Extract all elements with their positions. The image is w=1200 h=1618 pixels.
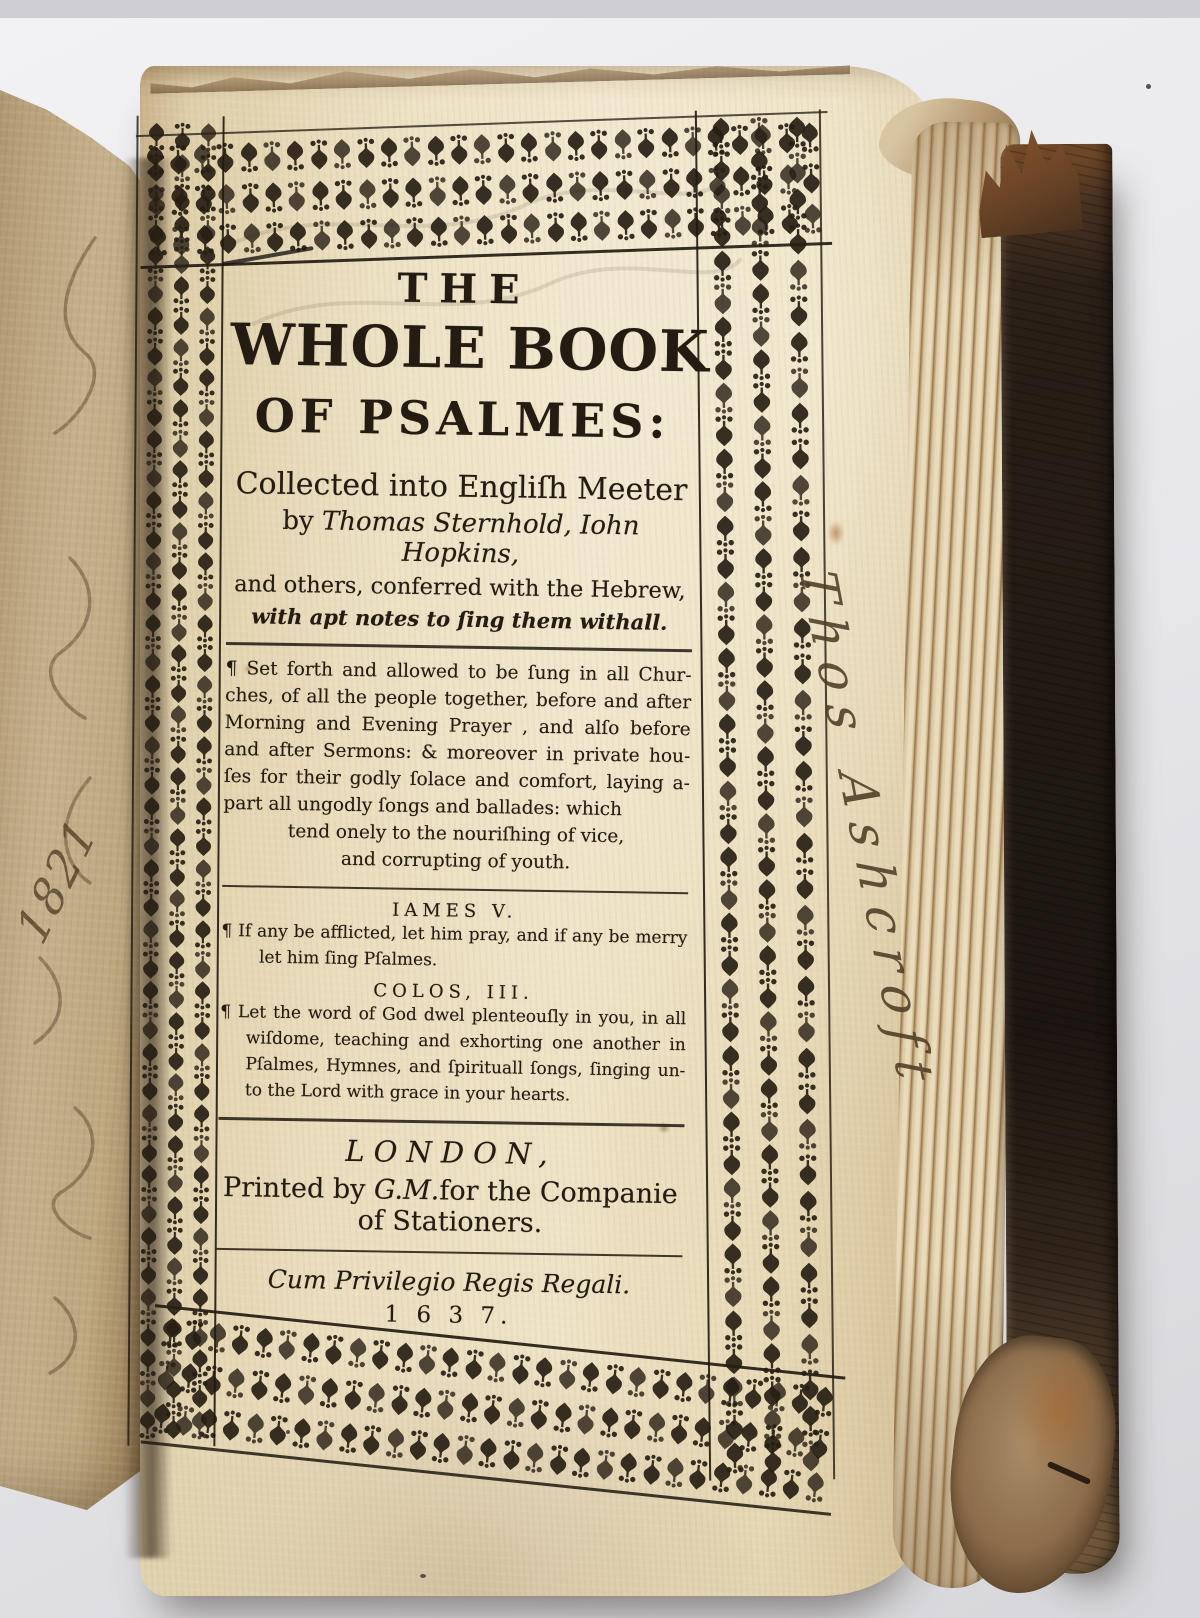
fleuron-ornament-icon <box>740 149 778 182</box>
fleuron-ornament-icon <box>283 136 307 175</box>
fleuron-ornament-icon <box>790 1261 828 1294</box>
fleuron-ornament-icon <box>788 1082 826 1115</box>
fleuron-ornament-icon <box>143 152 169 182</box>
fleuron-ornament-icon <box>333 215 357 254</box>
printer-initials: G.M. <box>374 1174 440 1206</box>
fleuron-ornament-icon <box>142 336 168 366</box>
fleuron-ornament-icon <box>778 151 816 184</box>
fleuron-ornament-icon <box>749 977 787 1010</box>
fleuron-ornament-icon <box>788 1046 826 1079</box>
fleuron-ornament-icon <box>193 459 219 489</box>
fleuron-ornament-icon <box>405 1425 432 1465</box>
fleuron-ornament-icon <box>195 153 221 183</box>
fleuron-ornament-icon <box>424 131 448 170</box>
fleuron-ornament-icon <box>472 170 496 209</box>
fleuron-ornament-icon <box>785 796 823 829</box>
fleuron-ornament-icon <box>382 1423 409 1463</box>
fleuron-ornament-icon <box>589 166 613 205</box>
fleuron-ornament-icon <box>748 845 786 878</box>
fleuron-ornament-icon <box>520 209 544 248</box>
fleuron-ornament-icon <box>708 746 746 779</box>
fleuron-ornament-icon <box>162 1134 188 1164</box>
fleuron-ornament-icon <box>312 1415 339 1455</box>
fleuron-ornament-icon <box>167 459 193 489</box>
fleuron-ornament-icon <box>587 126 611 165</box>
fleuron-ornament-icon <box>791 1404 829 1437</box>
fleuron-ornament-icon <box>702 149 740 182</box>
fleuron-ornament-icon <box>194 306 220 336</box>
fleuron-ornament-icon <box>330 135 354 174</box>
fleuron-ornament-icon <box>448 171 472 210</box>
fleuron-ornament-icon <box>188 1226 214 1256</box>
fleuron-ornament-icon <box>163 1042 189 1072</box>
fleuron-ornament-icon <box>426 212 450 251</box>
fleuron-ornament-icon <box>428 1428 455 1468</box>
fleuron-ornament-icon <box>742 348 780 381</box>
fleuron-ornament-icon <box>188 1195 214 1225</box>
fleuron-ornament-icon <box>714 1242 752 1275</box>
fleuron-ornament-icon <box>140 582 166 612</box>
title-page-text: THE WHOLE BOOK OF PSALMES: Collected int… <box>215 262 698 1332</box>
fleuron-ornament-icon <box>781 438 819 471</box>
fleuron-ornament-icon <box>163 980 189 1010</box>
fleuron-ornament-icon <box>568 1442 595 1482</box>
fleuron-ornament-icon <box>780 330 818 363</box>
fleuron-ornament-icon <box>713 1209 751 1242</box>
fleuron-ornament-icon <box>187 1256 213 1286</box>
scripture-james: ¶ If any be afflicted, let him pray, and… <box>221 918 688 977</box>
fleuron-ornament-icon <box>168 306 194 336</box>
fleuron-ornament-icon <box>522 1438 549 1478</box>
subtitle-authors: Thomas Sternhold, Iohn Hopkins, <box>322 506 640 569</box>
imprint-city: LONDON, <box>218 1131 684 1172</box>
fleuron-ornament-icon <box>564 126 588 165</box>
book-photo: 1821 THE WHOLE BOOK OF PSALMES: Collecte… <box>0 18 1200 1618</box>
fleuron-ornament-icon <box>787 939 825 972</box>
fleuron-ornament-icon <box>166 674 192 704</box>
fleuron-ornament-icon <box>437 1342 464 1382</box>
fleuron-ornament-icon <box>715 1408 753 1441</box>
fleuron-ornament-icon <box>332 175 356 214</box>
fleuron-ornament-icon <box>613 206 637 245</box>
fleuron-ornament-icon <box>136 1164 162 1194</box>
fleuron-ornament-icon <box>704 282 742 315</box>
fleuron-ornament-icon <box>167 398 193 428</box>
fleuron-ornament-icon <box>193 398 219 428</box>
fleuron-ornament-icon <box>356 215 380 254</box>
fleuron-ornament-icon <box>637 205 661 244</box>
fleuron-ornament-icon <box>792 1440 830 1473</box>
fleuron-ornament-icon <box>187 1318 213 1348</box>
fleuron-ornament-icon <box>160 1409 186 1439</box>
fleuron-ornament-icon <box>741 215 779 248</box>
fleuron-ornament-icon <box>592 1445 619 1485</box>
fleuron-ornament-icon <box>791 1368 829 1401</box>
fleuron-ornament-icon <box>166 551 192 581</box>
fleuron-ornament-icon <box>745 613 783 646</box>
subtitle-line: Collected into Engliſh Meeter <box>228 466 694 508</box>
fleuron-ornament-icon <box>161 1318 187 1348</box>
fleuron-ornament-icon <box>713 1143 751 1176</box>
fleuron-ornament-icon <box>400 132 424 171</box>
fleuron-ornament-icon <box>135 1348 161 1378</box>
allowance-paragraph: ¶ Set forth and allowed to be ſung in al… <box>222 654 691 877</box>
fleuron-ornament-icon <box>339 1375 366 1415</box>
rust-stain <box>824 516 848 550</box>
fleuron-ornament-icon <box>285 177 309 216</box>
fleuron-ornament-icon <box>660 204 684 243</box>
fleuron-ornament-icon <box>703 249 741 282</box>
fleuron-ornament-icon <box>567 207 591 246</box>
fleuron-ornament-icon <box>643 1407 670 1447</box>
fleuron-ornament-icon <box>715 1375 753 1408</box>
fleuron-ornament-icon <box>187 1287 213 1317</box>
fleuron-ornament-icon <box>749 1010 787 1043</box>
dust-speck <box>1146 84 1151 89</box>
fleuron-ornament-icon <box>135 1287 161 1317</box>
fleuron-ornament-icon <box>753 1408 791 1441</box>
fleuron-ornament-icon <box>141 398 167 428</box>
fleuron-ornament-icon <box>787 1010 825 1043</box>
fleuron-ornament-icon <box>403 213 427 252</box>
fleuron-ornament-icon <box>706 514 744 547</box>
subtitle-line: by Thomas Sternhold, Iohn Hopkins, <box>227 505 694 572</box>
fleuron-ornament-icon <box>475 1433 502 1473</box>
fleuron-ornament-icon <box>742 315 780 348</box>
fleuron-ornament-icon <box>139 704 165 734</box>
fleuron-ornament-icon <box>165 704 191 734</box>
fleuron-ornament-icon <box>624 1362 651 1402</box>
ornament-border-left <box>127 116 224 1447</box>
fleuron-ornament-icon <box>137 1072 163 1102</box>
fleuron-ornament-icon <box>192 613 218 643</box>
fleuron-ornament-icon <box>143 122 169 152</box>
fleuron-ornament-icon <box>293 1370 320 1410</box>
fleuron-ornament-icon <box>237 138 261 177</box>
fleuron-ornament-icon <box>612 165 636 204</box>
fleuron-ornament-icon <box>708 679 746 712</box>
fleuron-ornament-icon <box>169 214 195 244</box>
fleuron-ornament-icon <box>261 177 285 216</box>
fleuron-ornament-icon <box>190 950 216 980</box>
fleuron-ornament-icon <box>712 1110 750 1143</box>
fleuron-ornament-icon <box>166 612 192 642</box>
fleuron-ornament-icon <box>714 1309 752 1342</box>
fleuron-ornament-icon <box>223 1363 250 1403</box>
fleuron-ornament-icon <box>188 1134 214 1164</box>
fleuron-ornament-icon <box>638 1450 665 1490</box>
privilege-line: Cum Privilegio Regis Regali. <box>216 1264 682 1300</box>
fleuron-ornament-icon <box>141 490 167 520</box>
fleuron-ornament-icon <box>136 1225 162 1255</box>
fleuron-ornament-icon <box>787 975 825 1008</box>
fleuron-ornament-icon <box>193 490 219 520</box>
fleuron-ornament-icon <box>136 1133 162 1163</box>
fleuron-ornament-icon <box>192 674 218 704</box>
fleuron-ornament-icon <box>531 1352 558 1392</box>
fleuron-ornament-icon <box>378 173 402 212</box>
fleuron-ornament-icon <box>740 116 778 149</box>
fleuron-ornament-icon <box>495 169 519 208</box>
fleuron-ornament-icon <box>790 1297 828 1330</box>
fleuron-ornament-icon <box>565 167 589 206</box>
fleuron-ornament-icon <box>190 889 216 919</box>
fleuron-ornament-icon <box>140 551 166 581</box>
fleuron-ornament-icon <box>545 1440 572 1480</box>
fleuron-ornament-icon <box>187 1379 213 1409</box>
fleuron-ornament-icon <box>711 1011 749 1044</box>
fleuron-ornament-icon <box>461 1345 488 1385</box>
fleuron-ornament-icon <box>162 1195 188 1225</box>
fleuron-ornament-icon <box>745 646 783 679</box>
fleuron-ornament-icon <box>162 1226 188 1256</box>
fleuron-ornament-icon <box>705 447 743 480</box>
fleuron-ornament-icon <box>711 944 749 977</box>
fleuron-ornament-icon <box>743 414 781 447</box>
fleuron-ornament-icon <box>134 1409 160 1439</box>
fleuron-ornament-icon <box>707 580 745 613</box>
fleuron-ornament-icon <box>139 735 165 765</box>
fleuron-ornament-icon <box>778 115 816 148</box>
fleuron-ornament-icon <box>189 1072 215 1102</box>
fleuron-ornament-icon <box>450 211 474 250</box>
fleuron-ornament-icon <box>786 903 824 936</box>
fleuron-ornament-icon <box>745 580 783 613</box>
fleuron-ornament-icon <box>195 122 221 152</box>
fleuron-ornament-icon <box>142 306 168 336</box>
fleuron-ornament-icon <box>716 1441 754 1474</box>
fleuron-ornament-icon <box>414 1340 441 1380</box>
fleuron-ornament-icon <box>746 745 784 778</box>
fleuron-ornament-icon <box>753 1341 791 1374</box>
section-rule <box>222 884 688 894</box>
fleuron-ornament-icon <box>715 1342 753 1375</box>
fleuron-ornament-icon <box>189 1103 215 1133</box>
fleuron-ornament-icon <box>714 1276 752 1309</box>
fleuron-ornament-icon <box>353 134 377 173</box>
fleuron-ornament-icon <box>169 122 195 152</box>
fleuron-ornament-icon <box>746 712 784 745</box>
fleuron-ornament-icon <box>164 858 190 888</box>
fleuron-ornament-icon <box>752 1275 790 1308</box>
fleuron-ornament-icon <box>192 643 218 673</box>
fleuron-ornament-icon <box>752 1242 790 1275</box>
fleuron-ornament-icon <box>141 459 167 489</box>
fleuron-ornament-icon <box>138 949 164 979</box>
fleuron-ornament-icon <box>218 1406 245 1446</box>
fleuron-ornament-icon <box>227 1320 254 1360</box>
fleuron-ornament-icon <box>752 1308 790 1341</box>
fleuron-ornament-icon <box>386 1380 413 1420</box>
fleuron-ornament-icon <box>779 259 817 292</box>
title-line: WHOLE BOOK <box>230 311 697 385</box>
fleuron-ornament-icon <box>239 219 263 258</box>
fleuron-ornament-icon <box>169 245 195 275</box>
fleuron-ornament-icon <box>140 612 166 642</box>
fleuron-ornament-icon <box>791 1332 829 1365</box>
fleuron-ornament-icon <box>142 367 168 397</box>
fleuron-ornament-icon <box>166 643 192 673</box>
fleuron-ornament-icon <box>190 919 216 949</box>
fleuron-ornament-icon <box>141 428 167 458</box>
fleuron-ornament-icon <box>189 1011 215 1041</box>
fleuron-ornament-icon <box>192 551 218 581</box>
fleuron-ornament-icon <box>164 919 190 949</box>
fleuron-ornament-icon <box>355 174 379 213</box>
fleuron-ornament-icon <box>709 779 747 812</box>
fleuron-ornament-icon <box>543 208 567 247</box>
fleuron-ornament-icon <box>742 281 780 314</box>
fleuron-ornament-icon <box>747 778 785 811</box>
fleuron-ornament-icon <box>685 1455 712 1495</box>
fleuron-ornament-icon <box>260 137 284 176</box>
fleuron-ornament-icon <box>713 1176 751 1209</box>
fleuron-ornament-icon <box>711 977 749 1010</box>
fleuron-ornament-icon <box>136 1195 162 1225</box>
fleuron-ornament-icon <box>712 1044 750 1077</box>
fleuron-ornament-icon <box>167 490 193 520</box>
fleuron-ornament-icon <box>164 827 190 857</box>
fleuron-ornament-icon <box>169 183 195 213</box>
subtitle-line: with apt notes to ſing them withall. <box>226 603 692 635</box>
fleuron-ornament-icon <box>191 705 217 735</box>
fleuron-ornament-icon <box>139 766 165 796</box>
fleuron-ornament-icon <box>135 1379 161 1409</box>
fleuron-ornament-icon <box>269 1368 296 1408</box>
fleuron-ornament-icon <box>611 125 635 164</box>
fleuron-ornament-icon <box>164 950 190 980</box>
fleuron-ornament-icon <box>166 582 192 612</box>
fleuron-ornament-icon <box>577 1357 604 1397</box>
fleuron-ornament-icon <box>780 294 818 327</box>
fleuron-ornament-icon <box>321 1330 348 1370</box>
fleuron-ornament-icon <box>781 366 819 399</box>
fleuron-ornament-icon <box>473 211 497 250</box>
fleuron-ornament-icon <box>186 1410 212 1440</box>
fleuron-ornament-icon <box>367 1335 394 1375</box>
fleuron-ornament-icon <box>139 796 165 826</box>
fleuron-ornament-icon <box>601 1359 628 1399</box>
fleuron-ornament-icon <box>433 1385 460 1425</box>
fleuron-ornament-icon <box>194 275 220 305</box>
fleuron-ornament-icon <box>140 643 166 673</box>
fleuron-ornament-icon <box>710 845 748 878</box>
fleuron-ornament-icon <box>782 509 820 542</box>
fleuron-ornament-icon <box>425 172 449 211</box>
fleuron-ornament-icon <box>744 480 782 513</box>
fleuron-ornament-icon <box>789 1153 827 1186</box>
fleuron-ornament-icon <box>790 1225 828 1258</box>
fleuron-ornament-icon <box>708 712 746 745</box>
fleuron-ornament-icon <box>507 1350 534 1390</box>
fleuron-ornament-icon <box>140 674 166 704</box>
section-rule <box>226 642 692 652</box>
scripture-colossians: ¶ Let the word of God dwel plenteouſly i… <box>219 999 687 1110</box>
fleuron-ornament-icon <box>748 878 786 911</box>
fleuron-ornament-icon <box>188 1164 214 1194</box>
fleuron-ornament-icon <box>789 1189 827 1222</box>
fleuron-ornament-icon <box>705 414 743 447</box>
fleuron-ornament-icon <box>744 546 782 579</box>
fleuron-ornament-icon <box>590 207 614 246</box>
fleuron-ornament-icon <box>749 944 787 977</box>
fleuron-ornament-icon <box>316 1373 343 1413</box>
fleuron-ornament-icon <box>193 429 219 459</box>
fleuron-ornament-icon <box>135 1317 161 1347</box>
fleuron-ornament-icon <box>167 520 193 550</box>
fleuron-ornament-icon <box>452 1430 479 1470</box>
fleuron-ornament-icon <box>391 1337 418 1377</box>
fleuron-ornament-icon <box>274 1325 301 1365</box>
fleuron-ornament-icon <box>751 1143 789 1176</box>
fleuron-ornament-icon <box>707 613 745 646</box>
fleuron-ornament-icon <box>163 1011 189 1041</box>
fleuron-ornament-icon <box>137 1103 163 1133</box>
fleuron-ornament-icon <box>619 1405 646 1445</box>
fleuron-ornament-icon <box>705 381 743 414</box>
fleuron-ornament-icon <box>542 168 566 207</box>
fleuron-ornament-icon <box>703 216 741 249</box>
fleuron-ornament-icon <box>785 831 823 864</box>
fleuron-ornament-icon <box>246 1365 273 1405</box>
fleuron-ornament-icon <box>526 1395 553 1435</box>
fleuron-ornament-icon <box>168 275 194 305</box>
fleuron-ornament-icon <box>741 182 779 215</box>
fleuron-ornament-icon <box>750 1043 788 1076</box>
fleuron-ornament-icon <box>138 888 164 918</box>
fleuron-ornament-icon <box>782 473 820 506</box>
fleuron-ornament-icon <box>167 428 193 458</box>
fleuron-ornament-icon <box>709 812 747 845</box>
fleuron-ornament-icon <box>754 1441 792 1474</box>
fleuron-ornament-icon <box>143 214 169 244</box>
dust-speck <box>286 1430 290 1434</box>
fleuron-ornament-icon <box>541 127 565 166</box>
fleuron-ornament-icon <box>753 1375 791 1408</box>
fleuron-ornament-icon <box>165 766 191 796</box>
fleuron-ornament-icon <box>744 513 782 546</box>
fleuron-ornament-icon <box>666 1409 693 1449</box>
fleuron-ornament-icon <box>519 168 543 207</box>
fleuron-ornament-icon <box>479 1390 506 1430</box>
fleuron-ornament-icon <box>191 735 217 765</box>
handwritten-year: 1821 <box>6 807 108 954</box>
fleuron-ornament-icon <box>161 1379 187 1409</box>
fleuron-ornament-icon <box>484 1347 511 1387</box>
fleuron-ornament-icon <box>135 1256 161 1286</box>
fleuron-ornament-icon <box>380 214 404 253</box>
fleuron-ornament-icon <box>573 1400 600 1440</box>
fleuron-ornament-icon <box>163 1103 189 1133</box>
fleuron-ornament-icon <box>470 130 494 169</box>
fleuron-ornament-icon <box>635 164 659 203</box>
fleuron-ornament-icon <box>377 133 401 172</box>
imprint-roman: for the Companie <box>439 1175 678 1210</box>
fleuron-ornament-icon <box>704 348 742 381</box>
fleuron-ornament-icon <box>137 1011 163 1041</box>
fleuron-ornament-icon <box>138 827 164 857</box>
fleuron-ornament-icon <box>706 481 744 514</box>
fleuron-ornament-icon <box>712 1077 750 1110</box>
fleuron-ornament-icon <box>634 124 658 163</box>
subtitle-roman: by <box>282 506 322 537</box>
fleuron-ornament-icon <box>190 827 216 857</box>
fleuron-ornament-icon <box>165 735 191 765</box>
subtitle-line: and others, conferred with the Hebrew, <box>227 571 693 604</box>
fleuron-ornament-icon <box>189 1042 215 1072</box>
fleuron-ornament-icon <box>786 867 824 900</box>
fleuron-ornament-icon <box>190 858 216 888</box>
